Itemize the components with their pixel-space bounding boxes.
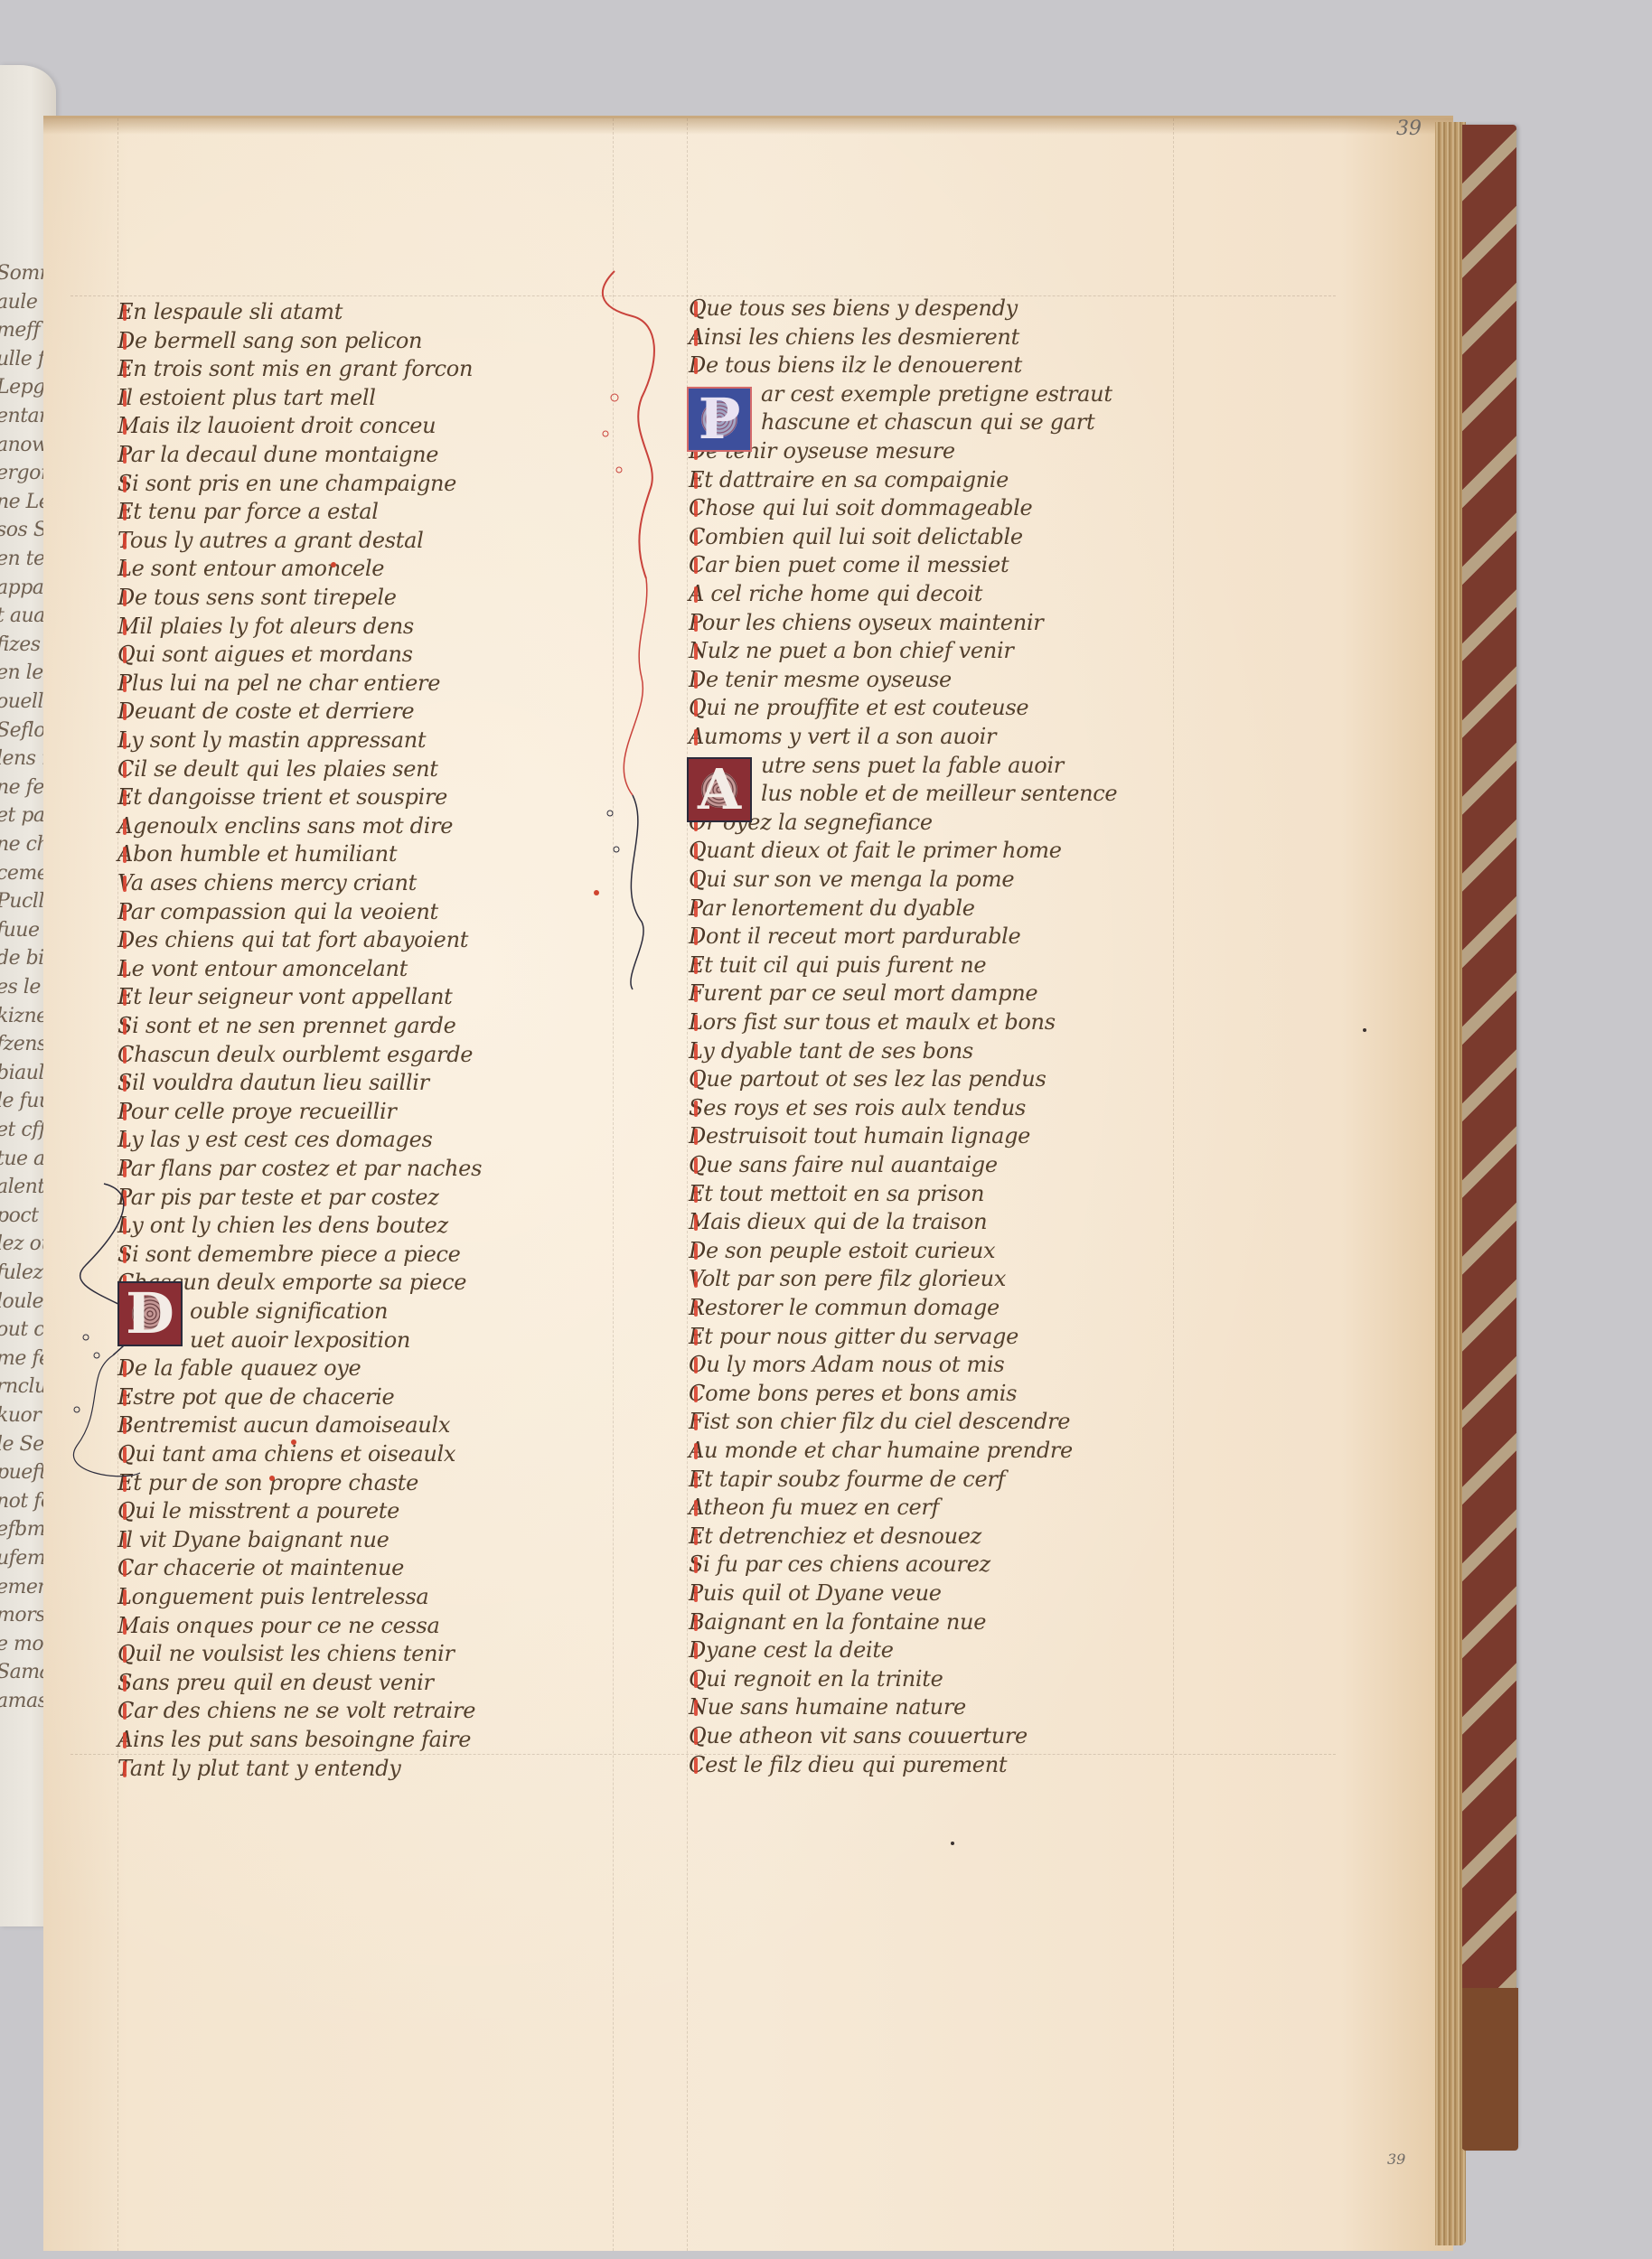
rubricated-capital: V — [117, 870, 131, 895]
verse-line: uet auoir lexposition — [190, 1326, 410, 1354]
page-speck — [951, 1842, 954, 1845]
rubricated-capital: N — [689, 1694, 708, 1720]
pen-flourish — [50, 1175, 149, 1554]
verse-line: Et tapir soubz fourme de cerf — [689, 1466, 1005, 1493]
verse-line: Mais dieux qui de la traison — [689, 1208, 987, 1235]
verse-line: Qui le misstrent a pourete — [117, 1497, 399, 1524]
previous-page-text: fulez — [0, 1261, 42, 1284]
verse-line: Par lenortement du dyable — [689, 895, 975, 922]
pen-flourish — [578, 253, 705, 994]
rubricated-capital: E — [689, 1181, 704, 1206]
verse-line: Si sont pris en une champaigne — [117, 470, 456, 497]
verse-line: ouble signification — [190, 1298, 388, 1325]
verse-line: Longuement puis lentrelessa — [117, 1583, 428, 1610]
verse-line: Pour celle proye recueillir — [117, 1098, 397, 1125]
verse-line: De tous sens sont tirepele — [117, 584, 397, 611]
verse-line: Et leur seigneur vont appellant — [117, 983, 452, 1010]
verse-line: Que sans faire nul auantaige — [689, 1151, 998, 1178]
previous-page-text: pueft — [0, 1461, 47, 1484]
rubricated-capital: Q — [117, 1641, 135, 1666]
red-ink-spot — [594, 890, 599, 895]
verse-line: Qui ne prouffite et est couteuse — [689, 694, 1028, 721]
initial-letter: P — [699, 391, 741, 447]
rubricated-capital: M — [117, 614, 139, 639]
rubricated-capital: P — [117, 442, 131, 467]
verse-line: Come bons peres et bons amis — [689, 1380, 1017, 1407]
verse-line: Et pour nous gitter du servage — [689, 1323, 1018, 1350]
rubricated-capital: A — [689, 1438, 704, 1463]
previous-page-text: amas — [0, 1690, 47, 1712]
verse-line: ar cest exemple pretigne estraut — [761, 380, 1112, 408]
verse-line: Va ases chiens mercy criant — [117, 869, 417, 896]
rubricated-capital: Q — [689, 1666, 706, 1692]
previous-page-text: fuue — [0, 919, 40, 942]
rubricated-capital: M — [117, 413, 139, 438]
rubricated-capital: A — [117, 841, 133, 867]
left-text-column: En lespaule sli atamtDe bermell sang son… — [117, 298, 624, 1789]
verse-line: En lespaule sli atamt — [117, 298, 343, 325]
verse-line: Ly dyable tant de ses bons — [689, 1037, 973, 1064]
previous-page-text: alent — [0, 1176, 45, 1198]
verse-line: Qui sont aigues et mordans — [117, 641, 413, 668]
verse-line: Par flans par costez et par naches — [117, 1155, 482, 1182]
previous-page-text: rnclu — [0, 1375, 47, 1398]
rubricated-capital: A — [689, 1495, 704, 1520]
verse-line: Et detrenchiez et desnouez — [689, 1523, 981, 1550]
verse-line: Mais ilz lauoient droit conceu — [117, 412, 436, 439]
verse-line: Plus lui na pel ne char entiere — [117, 670, 440, 697]
rubricated-capital: S — [117, 1670, 132, 1695]
rubricated-capital: P — [117, 1099, 131, 1124]
initial-letter: D — [126, 1286, 174, 1342]
rubricated-capital: Q — [689, 1066, 706, 1092]
verse-line: Abon humble et humiliant — [117, 840, 397, 867]
verse-line: Qui regnoit en la trinite — [689, 1665, 943, 1692]
rubricated-capital: E — [117, 299, 133, 324]
leather-binding-corner — [1462, 1988, 1518, 2151]
verse-line: Au monde et char humaine prendre — [689, 1437, 1073, 1464]
rubricated-capital: S — [689, 1551, 703, 1577]
rubricated-capital: D — [117, 585, 135, 610]
verse-line: Mil plaies ly fot aleurs dens — [117, 613, 414, 640]
verse-line: Si sont et ne sen prennet garde — [117, 1012, 455, 1039]
verse-line: utre sens puet la fable auoir — [761, 752, 1064, 779]
verse-line: Ainsi les chiens les desmierent — [689, 323, 1019, 351]
rubricated-capital: S — [689, 1095, 703, 1120]
verse-line: Destruisoit tout humain lignage — [689, 1122, 1030, 1149]
verse-line: Restorer le commun domage — [689, 1294, 1000, 1321]
verse-line: De tous biens ilz le denouerent — [689, 352, 1022, 379]
verse-line: Mais onques pour ce ne cessa — [117, 1612, 440, 1639]
verse-line: Puis quil ot Dyane veue — [689, 1579, 942, 1607]
verse-line: Le sont entour amoncele — [117, 555, 384, 582]
verse-line: Et dattraire en sa compaignie — [689, 466, 1009, 493]
rubricated-capital: L — [117, 556, 132, 581]
verse-line: Tous ly autres a grant destal — [117, 527, 424, 554]
verse-line: De la fable quauez oye — [117, 1354, 361, 1382]
rubricated-capital: V — [689, 1266, 702, 1291]
verse-line: De son peuple estoit curieux — [689, 1237, 995, 1264]
rubricated-capital: L — [689, 1038, 702, 1064]
verse-line: Furent par ce seul mort dampne — [689, 980, 1037, 1007]
verse-line: Par la decaul dune montaigne — [117, 441, 438, 468]
rubricated-capital: C — [117, 756, 134, 782]
verse-line: Ses roys et ses rois aulx tendus — [689, 1094, 1026, 1121]
verse-line: Ly sont ly mastin appressant — [117, 726, 426, 754]
rubricated-capital: C — [117, 1555, 134, 1580]
rubricated-capital: C — [689, 1752, 705, 1777]
verse-line: hascune et chascun qui se gart — [761, 408, 1094, 436]
verse-line: Quil ne voulsist les chiens tenir — [117, 1640, 455, 1667]
rubricated-capital: C — [117, 1698, 134, 1723]
rubricated-capital: D — [117, 328, 135, 353]
verse-line: Baignant en la fontaine nue — [689, 1608, 986, 1636]
previous-page-text: poct — [0, 1204, 39, 1227]
rubricated-capital: L — [117, 1127, 131, 1152]
rubricated-capital: D — [689, 1637, 706, 1663]
verse-line: Car des chiens ne se volt retraire — [117, 1697, 475, 1724]
verse-line: De tenir mesme oyseuse — [689, 666, 952, 693]
rubricated-capital: Q — [689, 1152, 706, 1177]
verse-line: Ou ly mors Adam nous ot mis — [689, 1351, 1004, 1378]
verse-line: Sans preu quil en deust venir — [117, 1669, 434, 1696]
verse-line: Le vont entour amoncelant — [117, 955, 408, 982]
previous-page-text: loule — [0, 1290, 43, 1313]
verse-line: Car bien puet come il messiet — [689, 551, 1009, 578]
rubricated-capital: M — [117, 1613, 139, 1638]
verse-line: Et dangoisse trient et souspire — [117, 783, 447, 811]
previous-page-text: fizes — [0, 633, 41, 656]
verse-line: En trois sont mis en grant forcon — [117, 355, 473, 382]
verse-line: Et tout mettoit en sa prison — [689, 1180, 984, 1207]
previous-page-text: anow — [0, 434, 48, 456]
verse-line: Combien quil lui soit delictable — [689, 523, 1023, 550]
rubricated-capital: D — [117, 927, 135, 952]
verse-line: Quant dieux ot fait le primer home — [689, 837, 1062, 864]
verse-line: Atheon fu muez en cerf — [689, 1494, 939, 1521]
rubricated-capital: P — [117, 899, 131, 924]
verse-line: Que partout ot ses lez las pendus — [689, 1065, 1046, 1092]
rubricated-capital: L — [689, 1009, 703, 1035]
folio-number: 39 — [1396, 117, 1422, 140]
verse-line: Si sont demembre piece a piece — [117, 1241, 461, 1268]
rubricated-capital: T — [117, 1756, 130, 1781]
rubricated-capital: D — [117, 698, 135, 724]
verse-line: A cel riche home qui decoit — [689, 580, 982, 607]
rubricated-capital: S — [117, 1070, 132, 1095]
rubricated-capital: T — [117, 528, 130, 553]
rubricated-capital: Q — [117, 642, 135, 667]
previous-page-text: mors — [0, 1604, 45, 1626]
verse-line: Chose qui lui soit dommageable — [689, 494, 1032, 521]
rubricated-capital: E — [117, 356, 133, 381]
verse-line: Si fu par ces chiens acourez — [689, 1551, 990, 1578]
rubricated-capital: L — [117, 956, 132, 981]
verse-line: Bentremist aucun damoiseaulx — [117, 1411, 450, 1439]
verse-line: lus noble et de meilleur sentence — [761, 780, 1117, 807]
verse-line: Fist son chier filz du ciel descendre — [689, 1408, 1070, 1435]
rubricated-capital: M — [689, 1209, 710, 1234]
verse-line: Dyane cest la deite — [689, 1636, 894, 1664]
rubricated-capital: Q — [689, 1723, 706, 1748]
right-text-column: Que tous ses biens y despendyAinsi les c… — [689, 295, 1231, 1786]
initial-letter: A — [698, 762, 741, 818]
verse-line: Il vit Dyane baignant nue — [117, 1526, 390, 1553]
verse-line: Agenoulx enclins sans mot dire — [117, 812, 453, 839]
marbled-binding — [1462, 125, 1516, 2149]
rubricated-capital: B — [689, 1609, 704, 1635]
rubricated-capital: E — [117, 984, 133, 1009]
rubricated-capital: E — [689, 1467, 704, 1492]
verse-line: Cil se deult qui les plaies sent — [117, 755, 438, 783]
rubricated-capital: F — [689, 1409, 703, 1434]
verse-line: Lors fist sur tous et maulx et bons — [689, 1008, 1056, 1036]
verse-line: Par compassion qui la veoient — [117, 898, 438, 925]
verse-line: Deuant de coste et derriere — [117, 698, 414, 725]
rubricated-capital: E — [117, 784, 133, 810]
verse-line: Cest le filz dieu qui purement — [689, 1751, 1007, 1778]
verse-line: Et pur de son propre chaste — [117, 1469, 418, 1496]
rubricated-capital: A — [117, 1727, 133, 1752]
illuminated-initial-d: D — [117, 1281, 183, 1346]
previous-page-text: biaul — [0, 1062, 44, 1084]
verse-line: Qui sur son ve menga la pome — [689, 866, 1014, 893]
verse-line: Ly las y est cest ces domages — [117, 1126, 433, 1153]
verse-line: Nulz ne puet a bon chief venir — [689, 637, 1014, 664]
verse-line: Qui tant ama chiens et oiseaulx — [117, 1440, 455, 1467]
verse-line: Par pis par teste et par costez — [117, 1184, 439, 1211]
rubricated-capital: E — [689, 1324, 704, 1349]
rubricated-capital: A — [117, 813, 133, 839]
rubricated-capital: D — [689, 1238, 706, 1263]
rubricated-capital: E — [117, 499, 133, 524]
verse-line: Et tenu par force a estal — [117, 498, 379, 525]
verse-line: Estre pot que de chacerie — [117, 1383, 394, 1411]
previous-page-text: out c — [0, 1318, 44, 1341]
rubricated-capital: S — [117, 1013, 132, 1038]
verse-line: Nue sans humaine nature — [689, 1693, 966, 1720]
rubricated-capital: L — [117, 1584, 132, 1609]
previous-page-text: fzens — [0, 1033, 47, 1055]
red-ink-spot — [291, 1439, 296, 1445]
verse-line: Des chiens qui tat fort abayoient — [117, 926, 468, 953]
verse-line: Volt par son pere filz glorieux — [689, 1265, 1006, 1292]
rubricated-capital: E — [689, 1523, 704, 1549]
illuminated-initial-p: P — [687, 387, 752, 452]
folio-number-bottom: 39 — [1387, 2151, 1405, 2168]
verse-line: Ains les put sans besoingne faire — [117, 1726, 471, 1753]
verse-line: Et tuit cil qui puis furent ne — [689, 951, 986, 979]
verse-line: Il estoient plus tart mell — [117, 384, 376, 411]
page-speck — [1363, 1028, 1366, 1032]
previous-page-text: kuor — [0, 1404, 41, 1427]
rubricated-capital: S — [117, 471, 132, 496]
verse-line: Que atheon vit sans couuerture — [689, 1722, 1028, 1749]
rubricated-capital: I — [117, 385, 126, 410]
verse-line: De bermell sang son pelicon — [117, 327, 422, 354]
verse-line: Car chacerie ot maintenue — [117, 1554, 404, 1581]
verse-line: Chascun deulx ourblemt esgarde — [117, 1041, 473, 1068]
rubricated-capital: D — [689, 1123, 706, 1148]
rubricated-capital: L — [117, 727, 131, 753]
rubricated-capital: C — [689, 1381, 705, 1406]
illuminated-initial-a: A — [687, 757, 752, 822]
verse-line: Que tous ses biens y despendy — [689, 295, 1018, 322]
verse-line: Pour les chiens oyseux maintenir — [689, 609, 1043, 636]
rubricated-capital: P — [689, 1580, 703, 1606]
rubricated-capital: P — [117, 670, 132, 696]
rubricated-capital: R — [689, 1295, 705, 1320]
rubricated-capital: O — [689, 1352, 706, 1377]
verse-line: Dont il receut mort pardurable — [689, 923, 1020, 950]
page-stack-fore-edge — [1435, 122, 1466, 2245]
verse-line: Ly ont ly chien les dens boutez — [117, 1212, 448, 1239]
rubricated-capital: C — [117, 1042, 134, 1067]
verse-line: Aumoms y vert il a son auoir — [689, 723, 996, 750]
red-ink-spot — [269, 1476, 275, 1481]
verse-line: Tant ly plut tant y entendy — [117, 1755, 401, 1782]
red-ink-spot — [331, 562, 336, 567]
verse-line: Sil vouldra dautun lieu saillir — [117, 1069, 429, 1096]
